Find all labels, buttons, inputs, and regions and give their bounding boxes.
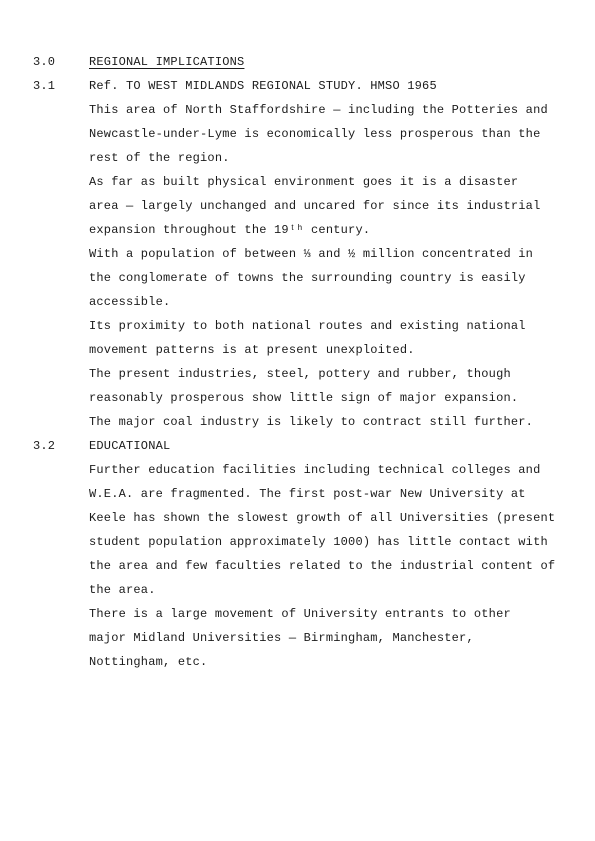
line-text: Keele has shown the slowest growth of al… [89, 506, 595, 530]
document-line: With a population of between ⅓ and ½ mil… [0, 242, 595, 266]
section-number [33, 410, 89, 434]
document-line: As far as built physical environment goe… [0, 170, 595, 194]
line-text: REGIONAL IMPLICATIONS [89, 50, 595, 74]
document-line: Further education facilities including t… [0, 458, 595, 482]
line-text: Its proximity to both national routes an… [89, 314, 595, 338]
document-line: movement patterns is at present unexploi… [0, 338, 595, 362]
section-number [33, 338, 89, 362]
line-text: There is a large movement of University … [89, 602, 595, 626]
document-line: 3.1 Ref. TO WEST MIDLANDS REGIONAL STUDY… [0, 74, 595, 98]
document-line: major Midland Universities — Birmingham,… [0, 626, 595, 650]
line-text: the area. [89, 578, 595, 602]
line-text: EDUCATIONAL [89, 434, 595, 458]
line-text: accessible. [89, 290, 595, 314]
line-text: With a population of between ⅓ and ½ mil… [89, 242, 595, 266]
section-number [33, 386, 89, 410]
section-number [33, 458, 89, 482]
section-number [33, 506, 89, 530]
document-line: There is a large movement of University … [0, 602, 595, 626]
section-number [33, 530, 89, 554]
document-line: This area of North Staffordshire — inclu… [0, 98, 595, 122]
line-text: reasonably prosperous show little sign o… [89, 386, 595, 410]
section-number [33, 122, 89, 146]
line-text: student population approximately 1000) h… [89, 530, 595, 554]
line-text: Ref. TO WEST MIDLANDS REGIONAL STUDY. HM… [89, 74, 595, 98]
line-text: expansion throughout the 19ᵗʰ century. [89, 218, 595, 242]
document-line: Newcastle-under-Lyme is economically les… [0, 122, 595, 146]
document-line: expansion throughout the 19ᵗʰ century. [0, 218, 595, 242]
document-line: W.E.A. are fragmented. The first post-wa… [0, 482, 595, 506]
section-number [33, 98, 89, 122]
document-page: 3.0 REGIONAL IMPLICATIONS 3.1 Ref. TO WE… [0, 0, 595, 841]
document-line: rest of the region. [0, 146, 595, 170]
document-line: 3.0 REGIONAL IMPLICATIONS [0, 50, 595, 74]
document-line: reasonably prosperous show little sign o… [0, 386, 595, 410]
section-number [33, 482, 89, 506]
document-line: the area. [0, 578, 595, 602]
document-line: Nottingham, etc. [0, 650, 595, 674]
document-line: the conglomerate of towns the surroundin… [0, 266, 595, 290]
line-text: As far as built physical environment goe… [89, 170, 595, 194]
document-line: accessible. [0, 290, 595, 314]
document-line: The major coal industry is likely to con… [0, 410, 595, 434]
document-line: Its proximity to both national routes an… [0, 314, 595, 338]
section-number [33, 194, 89, 218]
document-body: 3.0 REGIONAL IMPLICATIONS 3.1 Ref. TO WE… [0, 50, 595, 674]
line-text: Nottingham, etc. [89, 650, 595, 674]
section-number [33, 578, 89, 602]
line-text: Further education facilities including t… [89, 458, 595, 482]
section-number: 3.1 [33, 74, 89, 98]
document-line: the area and few faculties related to th… [0, 554, 595, 578]
section-number [33, 314, 89, 338]
line-text: Newcastle-under-Lyme is economically les… [89, 122, 595, 146]
document-line: student population approximately 1000) h… [0, 530, 595, 554]
line-text: area — largely unchanged and uncared for… [89, 194, 595, 218]
section-number [33, 218, 89, 242]
section-number [33, 650, 89, 674]
line-text: The major coal industry is likely to con… [89, 410, 595, 434]
section-number: 3.2 [33, 434, 89, 458]
line-text: rest of the region. [89, 146, 595, 170]
section-number [33, 146, 89, 170]
document-line: Keele has shown the slowest growth of al… [0, 506, 595, 530]
section-number [33, 554, 89, 578]
line-text: movement patterns is at present unexploi… [89, 338, 595, 362]
line-text: the conglomerate of towns the surroundin… [89, 266, 595, 290]
section-number [33, 170, 89, 194]
document-line: area — largely unchanged and uncared for… [0, 194, 595, 218]
line-text: W.E.A. are fragmented. The first post-wa… [89, 482, 595, 506]
line-text: The present industries, steel, pottery a… [89, 362, 595, 386]
line-text: This area of North Staffordshire — inclu… [89, 98, 595, 122]
line-text: major Midland Universities — Birmingham,… [89, 626, 595, 650]
section-number [33, 290, 89, 314]
section-number [33, 266, 89, 290]
section-number [33, 362, 89, 386]
section-number [33, 602, 89, 626]
line-text: the area and few faculties related to th… [89, 554, 595, 578]
document-line: 3.2 EDUCATIONAL [0, 434, 595, 458]
document-line: The present industries, steel, pottery a… [0, 362, 595, 386]
section-number [33, 626, 89, 650]
section-number [33, 242, 89, 266]
section-number: 3.0 [33, 50, 89, 74]
